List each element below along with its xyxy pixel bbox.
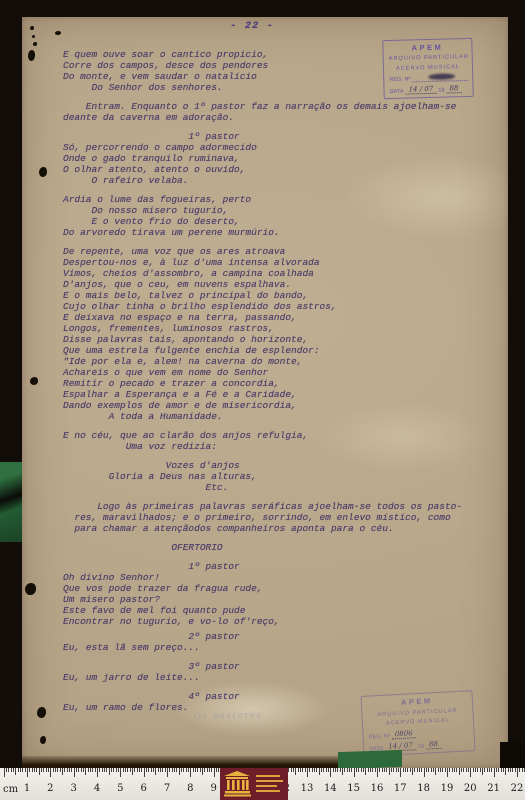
ink-speck xyxy=(30,26,34,30)
text-line: Disse palavras tais, apontando o horizon… xyxy=(63,334,462,345)
text-line: Um misero pastor? xyxy=(63,594,462,605)
ink-speck xyxy=(25,583,36,595)
stamp-dept: ARQUIVO PARTICULAR xyxy=(389,54,467,62)
ruler-number: 7 xyxy=(164,783,170,794)
stamp-reg-label: REG. Nº xyxy=(368,733,390,740)
text-line: Eu, esta lã sem preço... xyxy=(63,642,462,653)
text-line: E o vento frio do deserto, xyxy=(63,216,462,227)
stamp-year-value: 88 xyxy=(426,740,441,750)
text-line: Etc. xyxy=(63,482,462,493)
text-line: Ardia o lume das fogueiras, perto xyxy=(63,194,462,205)
text-line: Entram. Enquanto o 1º pastor faz a narra… xyxy=(63,101,462,112)
archive-stamp-bottom: APEM ARQUIVO PARTICULAR ACERVO MUSICAL R… xyxy=(360,690,475,757)
text-line: Dando exemplos de amor e de misericordia… xyxy=(63,400,462,411)
ruler-number: 5 xyxy=(117,783,123,794)
archive-logo xyxy=(220,768,288,800)
stamp-org: APEM xyxy=(388,42,466,53)
text-line: res, maravilhados; e o primeiro, sorrind… xyxy=(63,512,462,523)
ink-speck xyxy=(40,736,46,744)
paper: - 22 - E quem ouve soar o cantico propic… xyxy=(22,17,508,768)
page-number: - 22 - xyxy=(192,20,312,32)
text-line: Oh divino Senhor! xyxy=(63,572,462,583)
stamp-unit: ACERVO MUSICAL xyxy=(389,63,467,71)
text-line: Eu, um jarro de leite... xyxy=(63,672,462,683)
text-line: OFERTORIO xyxy=(63,542,462,553)
ruler-number: 8 xyxy=(187,783,193,794)
ink-speck xyxy=(55,31,61,35)
stamp-org: APEM xyxy=(367,694,467,708)
text-line: 2º pastor xyxy=(63,631,462,642)
ruler-number: 6 xyxy=(140,783,146,794)
text-line: Que vos pode trazer da fragua rude, xyxy=(63,583,462,594)
archive-building-icon xyxy=(224,771,284,797)
text-line: Logo às primeiras palavras seráficas ajo… xyxy=(63,501,462,512)
document-lines: E quem ouve soar o cantico propicio,Corr… xyxy=(63,49,462,713)
stamp-date-value: 14 / 07 xyxy=(406,85,437,95)
ruler-number: 3 xyxy=(71,783,77,794)
ink-speck xyxy=(33,42,37,46)
text-line: Uma voz redizia: xyxy=(63,441,462,452)
text-line: Longos, frementes, luminosos rastros, xyxy=(63,323,462,334)
text-line: 3º pastor xyxy=(63,661,462,672)
text-line: Só, percorrendo o campo adormecido xyxy=(63,142,462,153)
text-line: Achareis o que vem em nome do Senhor xyxy=(63,367,462,378)
text-line: Remitir o pecado e trazer a concordia, xyxy=(63,378,462,389)
ruler-number: 4 xyxy=(94,783,100,794)
ruler-number: 17 xyxy=(394,783,407,794)
paper-edge-shadow xyxy=(22,756,346,768)
green-backing-left xyxy=(0,462,24,542)
text-line: Gloria a Deus nas alturas, xyxy=(63,471,462,482)
text-line: E deixava no espaço e na terra, passando… xyxy=(63,312,462,323)
ruler-number: 19 xyxy=(441,783,454,794)
text-line: Do nosso misero tugurio, xyxy=(63,205,462,216)
ruler-number: 1 xyxy=(24,783,30,794)
text-line: A toda a Humanidade. xyxy=(63,411,462,422)
ink-speck xyxy=(30,377,38,385)
ruler-number: 14 xyxy=(324,783,337,794)
text-line: "Ide por ela e, alem! na caverna do mont… xyxy=(63,356,462,367)
ink-speck xyxy=(32,35,35,38)
pencil-note: Os pastores xyxy=(194,710,263,722)
ruler: cm 12345678910111213141516171819202122 xyxy=(0,768,525,800)
ruler-unit-label: cm xyxy=(3,784,18,795)
ink-speck xyxy=(37,707,46,718)
stamp-reg-value: 0806 xyxy=(392,729,416,739)
text-line: Que uma estrela fulgente enchia de esple… xyxy=(63,345,462,356)
ink-blot xyxy=(428,73,455,80)
ruler-number: 9 xyxy=(210,783,216,794)
stamp-date-row: DATA 14 / 07 19 88 xyxy=(389,84,467,95)
ruler-number: 22 xyxy=(511,783,524,794)
stamp-reg-label: REG. Nº xyxy=(389,76,410,83)
text-line: D'anjos, que o ceu, em nuvens espalhava. xyxy=(63,279,462,290)
ruler-number: 15 xyxy=(347,783,360,794)
stamp-year-value: 88 xyxy=(446,84,461,93)
text-line: 1º pastor xyxy=(63,131,462,142)
archive-stamp-top: APEM ARQUIVO PARTICULAR ACERVO MUSICAL R… xyxy=(382,38,474,99)
ink-speck xyxy=(28,50,35,61)
stamp-year-prefix: 19 xyxy=(418,744,425,750)
text-line: Do arvoredo tirava um perene murmúrio. xyxy=(63,227,462,238)
ruler-number: 20 xyxy=(464,783,477,794)
ruler-number: 16 xyxy=(371,783,384,794)
text-line: 1º pastor xyxy=(63,561,462,572)
stamp-year-prefix: 19 xyxy=(438,88,444,94)
ink-speck xyxy=(39,167,47,177)
text-line: Despertou-nos e, à luz d'uma intensa alv… xyxy=(63,257,462,268)
green-backing-bottom xyxy=(338,750,402,769)
ruler-number: 2 xyxy=(47,783,53,794)
text-line: Espalhar a Esperança e a Fé e a Caridade… xyxy=(63,389,462,400)
text-line: deante da caverna em adoração. xyxy=(63,112,462,123)
stamp-reg-row: REG. Nº 0806 xyxy=(368,726,468,740)
ruler-number: 18 xyxy=(417,783,430,794)
text-line: Vozes d'anjos xyxy=(63,460,462,471)
ruler-number: 21 xyxy=(487,783,500,794)
stamp-reg-row: REG. Nº xyxy=(389,73,467,83)
stamp-reg-field xyxy=(412,73,467,82)
text-line: E o mais belo, talvez o principal do ban… xyxy=(63,290,462,301)
ruler-number: 13 xyxy=(301,783,314,794)
scanned-page: - 22 - E quem ouve soar o cantico propic… xyxy=(0,0,525,800)
text-line: Cujo olhar tinha o brilho esplendido dos… xyxy=(63,301,462,312)
text-line: E no céu, que ao clarão dos anjos refulg… xyxy=(63,430,462,441)
stamp-date-label: DATA xyxy=(390,89,404,95)
text-line: para chamar a atençãodos companheiros ap… xyxy=(63,523,462,534)
text-line: O olhar atento, atento o ouvido, xyxy=(63,164,462,175)
text-line: De repente, uma voz que os ares atroava xyxy=(63,246,462,257)
text-line: Vimos, cheios d'assombro, a campina coal… xyxy=(63,268,462,279)
text-line: O rafeiro velaba. xyxy=(63,175,462,186)
text-line: Este favo de mel foi quanto pude xyxy=(63,605,462,616)
text-line: Encontrar no tugurio, e vo-lo of'reço, xyxy=(63,616,462,627)
text-line: Onde o gado tranquilo ruminava, xyxy=(63,153,462,164)
corner-shadow xyxy=(500,742,525,768)
